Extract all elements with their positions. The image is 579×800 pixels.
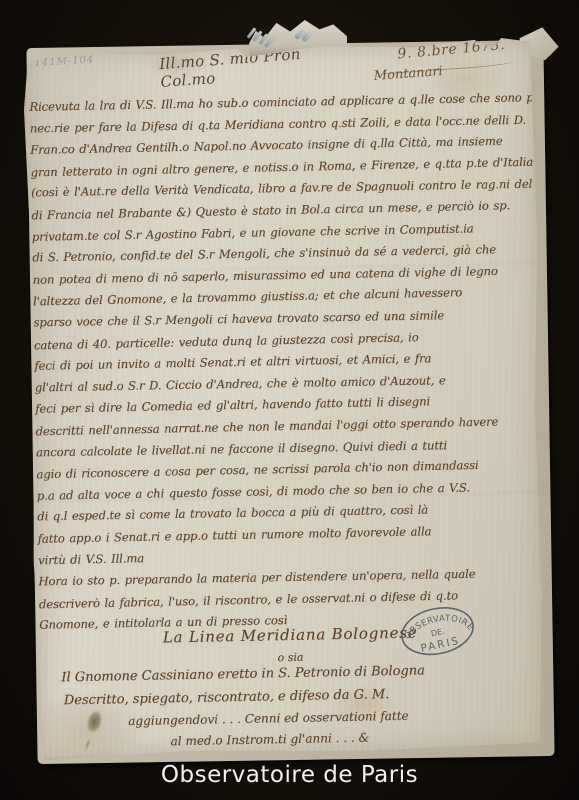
manuscript-page: 141M-104 Ill.mo S. mio Pron Col.mo 9. 8.… <box>21 35 550 761</box>
closing-line: aggiungendovi . . . Cenni ed osservation… <box>128 709 409 728</box>
stamp-text-middle: DE. <box>430 627 445 639</box>
photo-background: 141M-104 Ill.mo S. mio Pron Col.mo 9. 8.… <box>0 0 579 800</box>
ink-smudge <box>70 704 113 759</box>
author-name: Montanari <box>373 64 443 84</box>
caption: Observatoire de Paris <box>0 762 579 788</box>
stamp-text-bottom: PARIS <box>420 635 462 655</box>
closing-line: Descritto, spiegato, riscontrato, e dife… <box>64 687 390 708</box>
letter-body: Ricevuta la lra di V.S. Ill.ma ho sub.o … <box>29 87 543 636</box>
closing-line: al med.o Instrom.ti gl'anni . . . & <box>170 730 369 748</box>
